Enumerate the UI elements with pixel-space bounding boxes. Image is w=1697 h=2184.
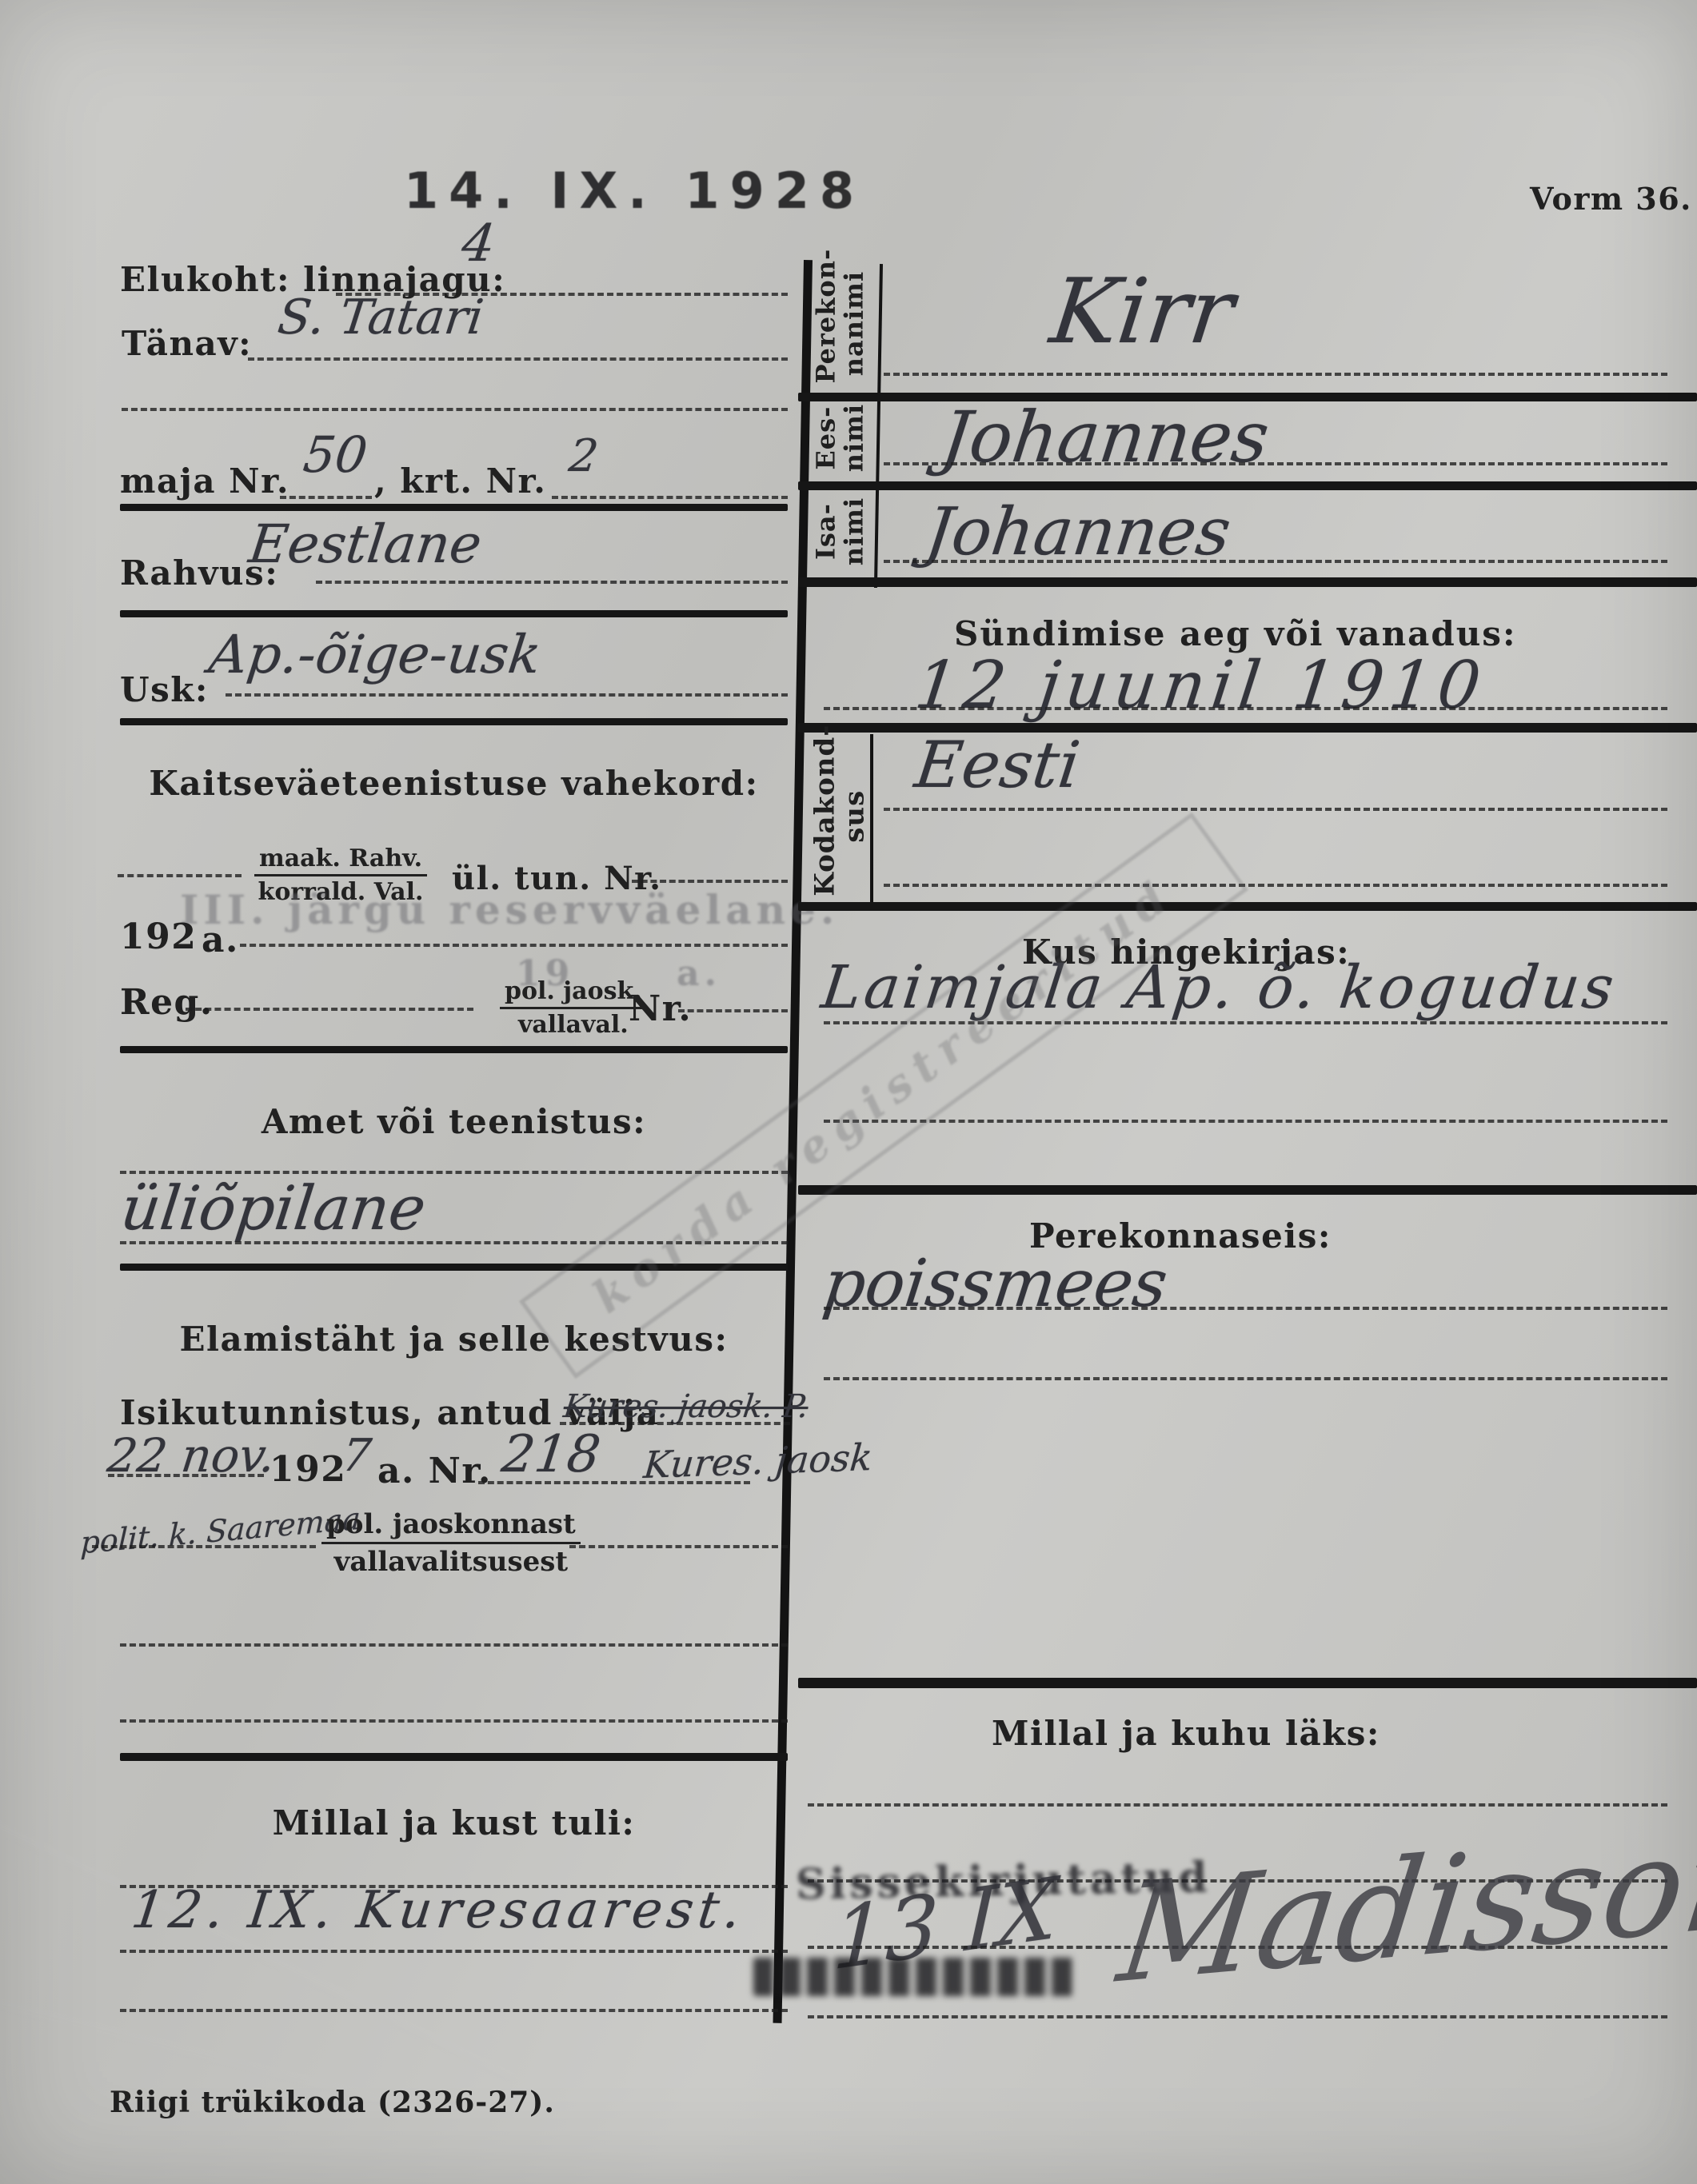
dotted-line [316,581,788,584]
official-signature: Madisson [1111,1798,1697,2014]
dotted-line [120,2009,788,2012]
firstname-label-line2: nimi [838,404,868,472]
rule [798,481,1697,490]
issuing-precinct-handwritten: Kures. jaosk [642,1435,874,1487]
form-number: Vorm 36. [1530,181,1692,217]
surname-label-line1: Perekon- [810,249,841,384]
fathername-row-label: Isa- nimi [812,488,867,576]
paper-crease [1322,15,1697,83]
firstname-row-label: Ees- nimi [812,394,867,482]
reg-label: Reg. [120,982,214,1023]
dotted-line [120,1719,788,1723]
dotted-line [884,373,1667,376]
religion-handwritten: Ap.-õige-usk [206,624,544,685]
occupation-handwritten: üliõpilane [118,1172,430,1244]
firstname-handwritten: Johannes [937,396,1274,478]
apartment-number-label: , krt. Nr. [374,461,546,501]
apartment-number-handwritten: 2 [566,430,601,482]
year-192-label: 192 [120,916,197,957]
police-constable-handwritten: polit. k. Saaremaa [80,1501,361,1561]
dotted-line [240,944,788,947]
printer-note: Riigi trükikoda (2326-27). [110,2086,555,2119]
printed-year-192: 192 [270,1449,346,1490]
rule [120,718,788,725]
arrival-heading: Millal ja kust tuli: [120,1803,788,1843]
dotted-line [186,1008,473,1011]
dotted-line [120,1950,788,1953]
dotted-line [92,1545,316,1548]
registration-form-scan: 14. IX. 1928 Vorm 36. Elukoht: linnajagu… [0,0,1697,2184]
dotted-line [632,880,788,883]
dotted-line [678,1009,788,1012]
fathername-handwritten: Johannes [921,494,1235,570]
dotted-line [884,462,1667,465]
dotted-line [884,560,1667,563]
fathername-label-line2: nimi [838,497,868,565]
dotted-line [824,707,1667,710]
dotted-line [108,1474,264,1477]
residence-permit-heading: Elamistäht ja selle kestvus: [120,1320,788,1359]
dotted-line [884,808,1667,811]
surname-handwritten: Kirr [1045,260,1240,364]
identity-card-issuer-struck: Kures. jaosk. P. [561,1388,810,1425]
label-subdivider [870,734,873,905]
jaoskonnast-fraction: pol. jaoskonnast vallavalitsusest [321,1508,581,1578]
nationality-handwritten: Eestlane [246,513,485,575]
paper-crease [0,1811,514,2081]
citizenship-label-line2: sus [838,790,870,843]
year-digit-handwritten: 7 [339,1430,374,1482]
dotted-line [552,496,788,499]
identity-card-number-handwritten: 218 [498,1425,603,1484]
rule [120,1753,788,1761]
dotted-line [120,1643,788,1647]
fraction-top: maak. Rahv. [254,844,427,876]
military-service-heading: Kaitseväeteenistuse vahekord: [120,764,788,803]
religion-label: Usk: [120,670,209,709]
rule [120,1046,788,1053]
rule [798,1678,1697,1688]
dotted-line [122,408,788,411]
dotted-line [808,2015,1667,2018]
a-nr-label: a. Nr. [377,1451,492,1491]
dotted-line [248,357,788,361]
dotted-line [280,496,372,499]
dotted-line [118,874,242,877]
birthdate-handwritten: 12 juunil 1910 [911,648,1491,724]
label-subdivider [874,264,883,588]
house-number-handwritten: 50 [301,425,371,484]
pol-jaosk-fraction: pol. jaosk. vallaval. [500,977,647,1039]
dotted-line [569,1545,788,1548]
house-number-label: maja Nr. [120,461,289,501]
dotted-line [226,693,788,697]
marital-handwritten: poissmees [819,1246,1172,1322]
dotted-line [824,1377,1667,1380]
date-stamp: 14. IX. 1928 [404,162,864,220]
surname-row-label: Perekon- nanimi [812,264,867,384]
occupation-heading: Amet või teenistus: [120,1102,788,1141]
arrival-handwritten: 12. IX. Kuresaarest. [128,1881,748,1940]
fathername-label-line1: Isa- [810,503,841,560]
surname-label-line2: nanimi [838,271,868,376]
dotted-line [884,884,1667,887]
citizenship-label-line1: Kodakond- [809,725,841,896]
rule [798,577,1697,587]
rule [120,610,788,617]
departure-heading: Millal ja kuhu läks: [992,1714,1380,1753]
street-handwritten: S. Tatari [275,289,487,345]
citizenship-handwritten: Eesti [911,728,1084,802]
dotted-line [824,1307,1667,1310]
rule [120,504,788,511]
firstname-label-line1: Ees- [810,406,841,470]
citizenship-row-label: Kodakond- sus [810,737,868,896]
dotted-line [808,1803,1667,1807]
illegible-stamp-smudge [753,1958,1073,1996]
rule [798,902,1697,911]
year-a-label: a. [202,920,239,960]
fraction-bottom: vallaval. [500,1009,647,1039]
residence-district-handwritten: 4 [458,214,498,273]
street-label: Tänav: [122,324,252,363]
fraction-top: pol. jaosk. [500,977,647,1009]
rule [798,1185,1697,1195]
reserve-soldier-stamp: III. järgu reservväelane. [180,886,839,933]
fraction-top: pol. jaoskonnast [321,1508,581,1544]
dotted-line [824,1120,1667,1123]
fraction-bottom: vallavalitsusest [321,1544,581,1578]
